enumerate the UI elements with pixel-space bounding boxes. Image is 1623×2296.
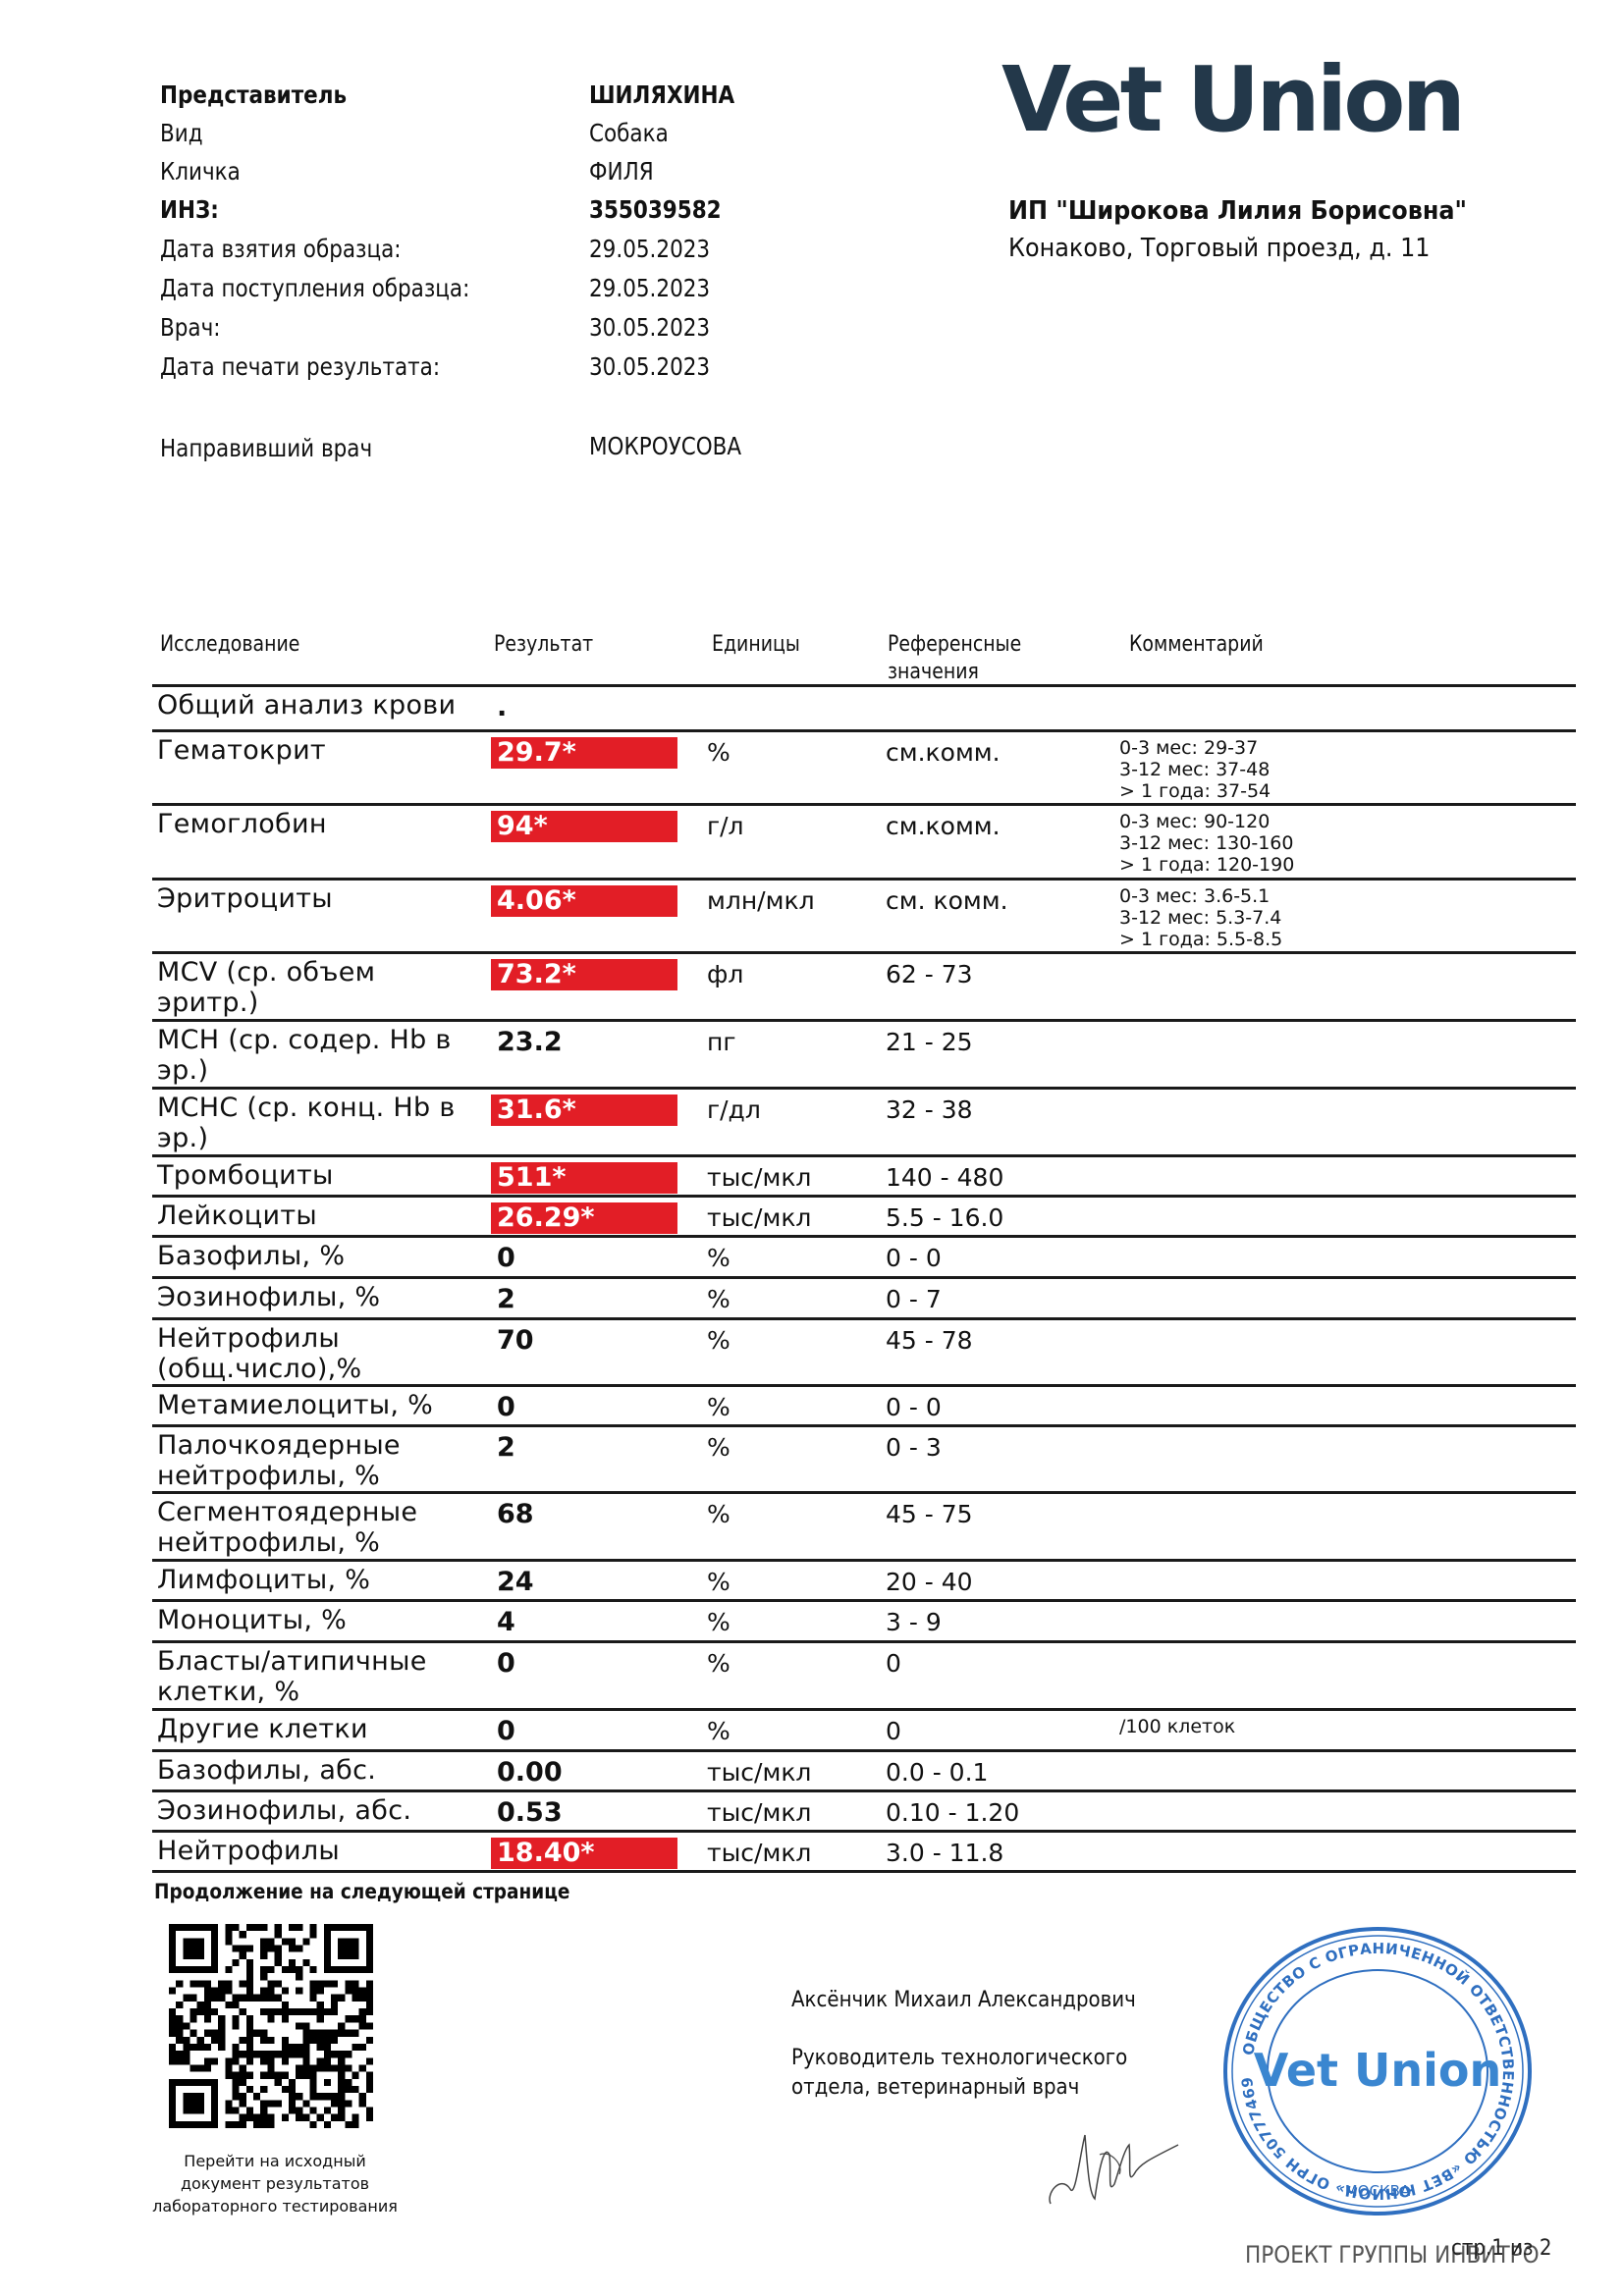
continued-note: Продолжение на следующей странице <box>154 1880 569 1903</box>
header-reference-line2: значения <box>888 659 1021 686</box>
test-name: Базофилы, абс. <box>157 1755 471 1786</box>
reference-range: 32 - 38 <box>886 1095 973 1126</box>
comment-line: 3-12 мес: 130-160 <box>1119 832 1294 854</box>
header-reference-line1: Референсные <box>888 631 1021 659</box>
referring-doctor-label: Направивший врач <box>160 434 372 463</box>
signer-title-line: отдела, ветеринарный врач <box>791 2073 1127 2103</box>
qr-caption-line: Перейти на исходный <box>152 2150 398 2172</box>
info-value: 29.05.2023 <box>589 274 710 303</box>
result-value: 68 <box>491 1499 677 1530</box>
unit: % <box>707 1325 730 1357</box>
comment-line: 0-3 мес: 29-37 <box>1119 737 1271 759</box>
reference-range: 0 - 7 <box>886 1284 942 1315</box>
vet-union-logo: Vet Union <box>1001 51 1462 149</box>
reference-range: 45 - 75 <box>886 1499 973 1530</box>
section-result: . <box>491 692 677 723</box>
comment-line: 0-3 мес: 90-120 <box>1119 811 1294 832</box>
unit: % <box>707 1284 730 1315</box>
unit: % <box>707 1243 730 1274</box>
reference-range: 0 - 0 <box>886 1392 942 1423</box>
reference-range: 0 <box>886 1648 901 1680</box>
table-divider <box>152 1708 1576 1711</box>
test-name: Другие клетки <box>157 1714 471 1744</box>
test-name: Бласты/атипичные клетки, % <box>157 1646 471 1707</box>
reference-range: 21 - 25 <box>886 1027 973 1058</box>
stamp-center-text: Vet Union <box>1254 2044 1502 2097</box>
info-value: Собака <box>589 119 669 148</box>
unit: % <box>707 737 730 769</box>
test-name: Палочкоядерные нейтрофилы, % <box>157 1430 471 1491</box>
header-result: Результат <box>494 631 593 659</box>
reference-range: см.комм. <box>886 811 1001 842</box>
unit: г/л <box>707 811 744 842</box>
test-name: Эритроциты <box>157 883 471 914</box>
qr-code-icon[interactable] <box>169 1924 373 2128</box>
info-label: Врач: <box>160 313 221 343</box>
test-name: Базофилы, % <box>157 1241 471 1271</box>
unit: тыс/мкл <box>707 1838 811 1869</box>
info-label: Вид <box>160 119 203 148</box>
flagged-result: 26.29* <box>491 1202 677 1234</box>
unit: г/дл <box>707 1095 761 1126</box>
table-divider <box>152 1317 1576 1320</box>
table-divider <box>152 1424 1576 1427</box>
table-divider <box>152 1235 1576 1238</box>
test-name: MCV (ср. объем эритр.) <box>157 957 471 1018</box>
test-name: Нейтрофилы (общ.число),% <box>157 1323 471 1384</box>
comment-line: > 1 года: 5.5-8.5 <box>1119 929 1282 950</box>
reference-range: см. комм. <box>886 885 1008 917</box>
test-name: Нейтрофилы <box>157 1836 471 1866</box>
table-divider <box>152 684 1576 687</box>
reference-range: 3.0 - 11.8 <box>886 1838 1003 1869</box>
flagged-result: 511* <box>491 1162 677 1194</box>
info-value: 30.05.2023 <box>589 352 710 382</box>
reference-range: см.комм. <box>886 737 1001 769</box>
unit: тыс/мкл <box>707 1757 811 1789</box>
header-reference: Референсные значения <box>888 631 1021 686</box>
unit: % <box>707 1567 730 1598</box>
table-divider <box>152 1276 1576 1279</box>
comment: 0-3 мес: 3.6-5.13-12 мес: 5.3-7.4> 1 год… <box>1119 885 1282 950</box>
signer-title-line: Руководитель технологического <box>791 2044 1127 2073</box>
table-divider <box>152 1019 1576 1022</box>
unit: % <box>707 1648 730 1680</box>
qr-caption: Перейти на исходный документ результатов… <box>152 2150 398 2217</box>
info-value: 355039582 <box>589 195 722 225</box>
comment-line: > 1 года: 37-54 <box>1119 780 1271 802</box>
section-name: Общий анализ крови <box>157 690 471 721</box>
flagged-result: 31.6* <box>491 1095 677 1126</box>
test-name: Эозинофилы, % <box>157 1282 471 1312</box>
comment-line: 0-3 мес: 3.6-5.1 <box>1119 885 1282 907</box>
result-value: 4 <box>491 1607 677 1638</box>
result-value: 23.2 <box>491 1027 677 1058</box>
result-value: 0 <box>491 1648 677 1680</box>
info-label: Дата взятия образца: <box>160 235 402 264</box>
qr-caption-line: лабораторного тестирования <box>152 2195 398 2217</box>
flagged-result: 18.40* <box>491 1838 677 1869</box>
test-name: Метамиелоциты, % <box>157 1390 471 1420</box>
reference-range: 0 - 3 <box>886 1432 942 1464</box>
reference-range: 0 <box>886 1716 901 1747</box>
info-label: Дата печати результата: <box>160 352 440 382</box>
unit: тыс/мкл <box>707 1797 811 1829</box>
test-name: Лимфоциты, % <box>157 1565 471 1595</box>
info-label: Представитель <box>160 80 347 110</box>
table-divider <box>152 1491 1576 1494</box>
unit: тыс/мкл <box>707 1162 811 1194</box>
info-value: 29.05.2023 <box>589 235 710 264</box>
reference-range: 0 - 0 <box>886 1243 942 1274</box>
table-divider <box>152 1384 1576 1387</box>
reference-range: 140 - 480 <box>886 1162 1003 1194</box>
test-name: Гематокрит <box>157 735 471 766</box>
unit: пг <box>707 1027 735 1058</box>
header-units: Единицы <box>712 631 800 659</box>
flagged-result: 73.2* <box>491 959 677 990</box>
test-name: Тромбоциты <box>157 1160 471 1191</box>
page-number: стр.1 из 2 <box>1451 2236 1551 2261</box>
result-value: 2 <box>491 1432 677 1464</box>
test-name: MCH (ср. содер. Hb в эр.) <box>157 1025 471 1086</box>
unit: млн/мкл <box>707 885 815 917</box>
reference-range: 62 - 73 <box>886 959 973 990</box>
unit: фл <box>707 959 743 990</box>
table-divider <box>152 1870 1576 1873</box>
clinic-name: ИП "Широкова Лилия Борисовна" <box>1008 196 1467 226</box>
comment: 0-3 мес: 29-373-12 мес: 37-48> 1 года: 3… <box>1119 737 1271 802</box>
stamp-city: МОСКВА <box>1345 2182 1411 2200</box>
unit: % <box>707 1392 730 1423</box>
table-divider <box>152 1599 1576 1602</box>
comment-line: 3-12 мес: 37-48 <box>1119 759 1271 780</box>
table-divider <box>152 803 1576 806</box>
signer-name: Аксёнчик Михаил Александрович <box>791 1988 1136 2012</box>
comment: /100 клеток <box>1119 1716 1235 1737</box>
flagged-result: 94* <box>491 811 677 842</box>
test-name: Сегментоядерные нейтрофилы, % <box>157 1497 471 1558</box>
table-divider <box>152 1789 1576 1792</box>
table-divider <box>152 1087 1576 1090</box>
test-name: Лейкоциты <box>157 1201 471 1231</box>
unit: % <box>707 1499 730 1530</box>
reference-range: 20 - 40 <box>886 1567 973 1598</box>
table-divider <box>152 1640 1576 1643</box>
info-value: ШИЛЯХИНА <box>589 80 734 110</box>
info-label: Дата поступления образца: <box>160 274 469 303</box>
qr-caption-line: документ результатов <box>152 2172 398 2195</box>
result-value: 24 <box>491 1567 677 1598</box>
table-divider <box>152 1749 1576 1752</box>
reference-range: 3 - 9 <box>886 1607 942 1638</box>
referring-doctor-value: МОКРОУСОВА <box>589 432 741 461</box>
unit: % <box>707 1716 730 1747</box>
unit: % <box>707 1607 730 1638</box>
flagged-result: 29.7* <box>491 737 677 769</box>
signer-title: Руководитель технологического отдела, ве… <box>791 2044 1127 2103</box>
header-test: Исследование <box>160 631 299 659</box>
test-name: Моноциты, % <box>157 1605 471 1635</box>
info-label: ИНЗ: <box>160 195 219 225</box>
reference-range: 0.0 - 0.1 <box>886 1757 988 1789</box>
unit: % <box>707 1432 730 1464</box>
result-value: 70 <box>491 1325 677 1357</box>
table-divider <box>152 729 1576 732</box>
info-value: 30.05.2023 <box>589 313 710 343</box>
result-value: 0 <box>491 1716 677 1747</box>
test-name: MCHC (ср. конц. Hb в эр.) <box>157 1093 471 1153</box>
flagged-result: 4.06* <box>491 885 677 917</box>
comment-line: /100 клеток <box>1119 1716 1235 1737</box>
result-value: 0.00 <box>491 1757 677 1789</box>
table-divider <box>152 1154 1576 1157</box>
result-value: 2 <box>491 1284 677 1315</box>
reference-range: 5.5 - 16.0 <box>886 1202 1003 1234</box>
signature-icon <box>1041 2115 1188 2214</box>
reference-range: 45 - 78 <box>886 1325 973 1357</box>
result-value: 0 <box>491 1392 677 1423</box>
result-value: 0 <box>491 1243 677 1274</box>
test-name: Эозинофилы, абс. <box>157 1795 471 1826</box>
header-comment: Комментарий <box>1129 631 1264 659</box>
table-divider <box>152 1195 1576 1198</box>
comment: 0-3 мес: 90-1203-12 мес: 130-160> 1 года… <box>1119 811 1294 876</box>
result-value: 0.53 <box>491 1797 677 1829</box>
table-divider <box>152 1559 1576 1562</box>
info-value: ФИЛЯ <box>589 157 654 187</box>
table-divider <box>152 1830 1576 1833</box>
test-name: Гемоглобин <box>157 809 471 839</box>
comment-line: > 1 года: 120-190 <box>1119 854 1294 876</box>
info-label: Кличка <box>160 157 241 187</box>
company-stamp-icon: ОБЩЕСТВО С ОГРАНИЧЕННОЙ ОТВЕТСТВЕННОСТЬЮ… <box>1216 1919 1540 2223</box>
comment-line: 3-12 мес: 5.3-7.4 <box>1119 907 1282 929</box>
unit: тыс/мкл <box>707 1202 811 1234</box>
clinic-address: Конаково, Торговый проезд, д. 11 <box>1008 234 1431 263</box>
table-divider <box>152 878 1576 881</box>
table-divider <box>152 951 1576 954</box>
reference-range: 0.10 - 1.20 <box>886 1797 1019 1829</box>
